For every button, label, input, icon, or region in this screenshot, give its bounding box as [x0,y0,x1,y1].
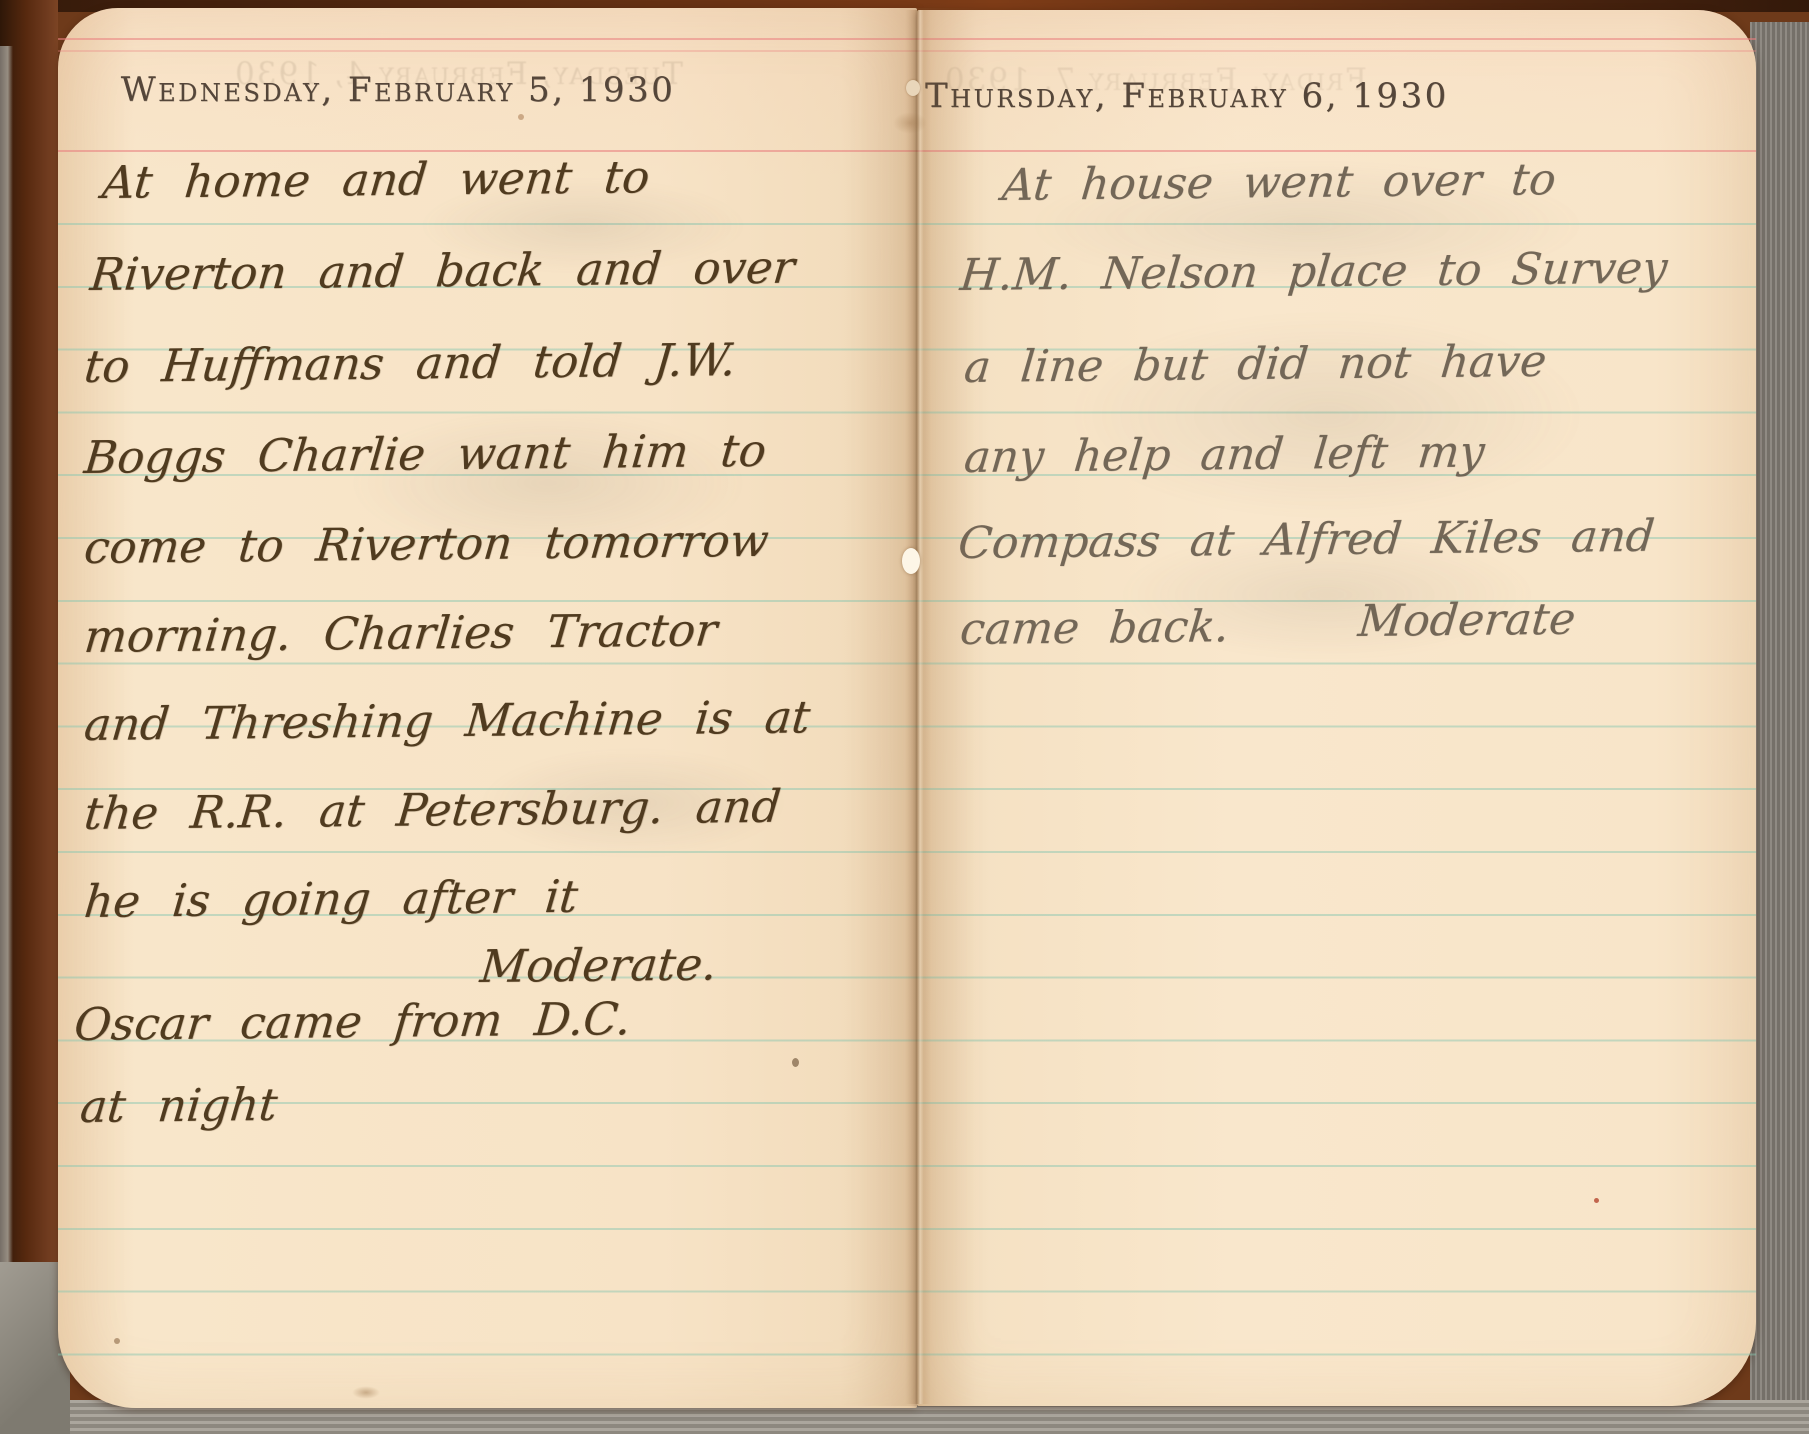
handwriting-line: a line but did not have [962,336,1549,393]
diary-photo: Tuesday, February 4, 1930 Wednesday, Feb… [0,0,1809,1434]
handwriting-line: Riverton and back and over [88,241,797,301]
handwriting-line: At home and went to [100,150,652,209]
ruled-lines [917,223,1756,1365]
page-edges-right [1750,22,1809,1434]
handwriting-line: come to Riverton tomorrow [82,514,771,574]
paper-chip [906,80,920,96]
handwriting-line: At house went over to [1000,154,1558,211]
handwriting-line: he is going after it [82,870,580,928]
handwriting-line-weather: Moderate. [478,938,719,993]
red-margin-line-top-2 [58,50,917,52]
handwriting-line: Compass at Alfred Kiles and [956,511,1657,569]
paper-stain [893,112,927,134]
handwriting-line: to Huffmans and told J.W. [82,333,738,393]
page-edges-left [0,46,13,1286]
page-header-right: Thursday, February 6, 1930 [925,76,1395,116]
handwriting-line: and Threshing Machine is at [82,690,813,751]
page-header-left: Wednesday, February 5, 1930 [118,70,678,110]
handwriting-line: any help and left my [962,427,1487,483]
paper-stain [352,1386,380,1399]
red-margin-line-top [58,38,917,40]
paper-speck [518,114,524,120]
handwriting-line: morning. Charlies Tractor [82,603,720,663]
diary-page-left: Tuesday, February 4, 1930 Wednesday, Feb… [58,8,917,1408]
diary-page-right: Friday, February 7, 1930 Thursday, Febru… [917,10,1756,1406]
handwriting-line: at night [78,1078,280,1133]
paper-speck [1594,1198,1599,1203]
handwriting-line-weather: Moderate [1356,594,1578,647]
handwriting-line: the R.R. at Petersburg. and [82,780,783,840]
paper-speck [792,1058,799,1067]
paper-chip [902,548,920,574]
handwriting-line: H.M. Nelson place to Survey [958,243,1670,301]
paper-speck [114,1338,120,1344]
red-header-rule [917,150,1756,152]
handwriting-line: Boggs Charlie want him to [82,424,769,484]
handwriting-line: Oscar came from D.C. [72,992,633,1051]
red-margin-line-top-2 [917,50,1756,52]
red-margin-line-top [917,38,1756,40]
handwriting-line: came back. [958,601,1231,655]
